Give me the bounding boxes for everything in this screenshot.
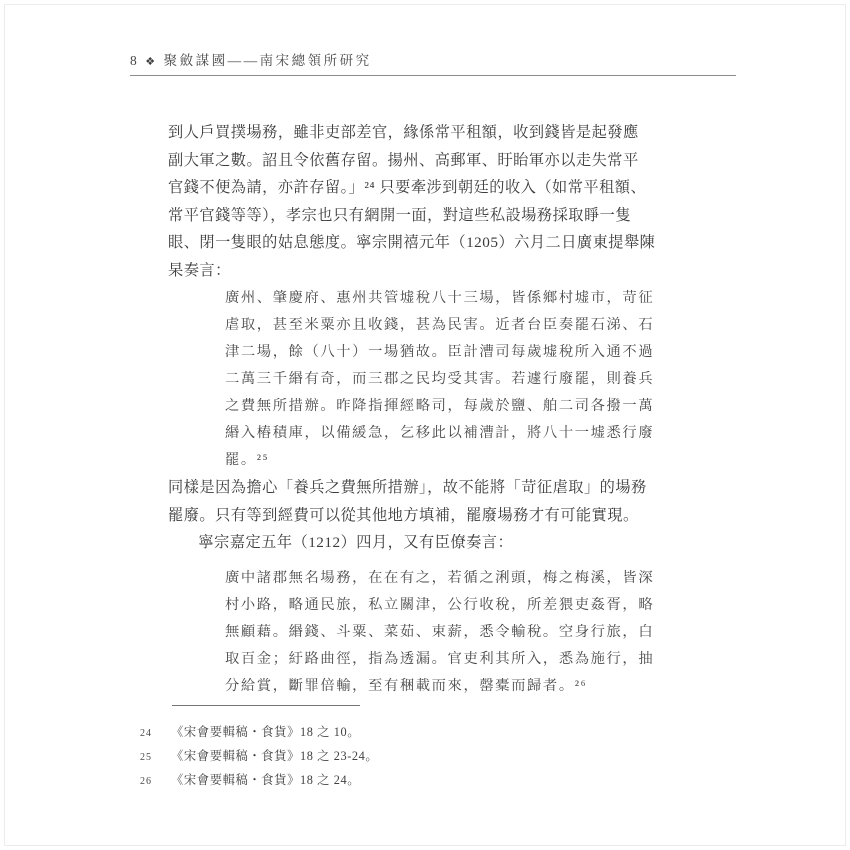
footnote-24: 24 《宋會要輯稿・食貨》18 之 10。: [140, 721, 620, 745]
footnote-26: 26 《宋會要輯稿・食貨》18 之 24。: [140, 769, 620, 793]
paragraph-1: 到人戶買撲場務，雖非吏部差官，緣係常平租額，收到錢皆是起發應 副大軍之數。詔且令…: [168, 119, 692, 284]
diamond-icon: ❖: [145, 56, 157, 68]
page-number: 8: [130, 53, 139, 68]
block-quote-1: 廣州、肇慶府、惠州共管墟稅八十三場，皆係鄉村墟市，苛征 虐取，甚至米粟亦且收錢，…: [225, 285, 682, 474]
book-title: 聚斂謀國——南宋總領所研究: [164, 53, 372, 68]
footnote-text: 《宋會要輯稿・食貨》18 之 10。: [171, 721, 360, 743]
footnote-separator-rule: [172, 705, 360, 706]
footnote-text: 《宋會要輯稿・食貨》18 之 23-24。: [171, 745, 378, 767]
book-page: 8❖聚斂謀國——南宋總領所研究 到人戶買撲場務，雖非吏部差官，緣係常平租額，收到…: [0, 0, 850, 850]
footnote-number: 24: [140, 721, 171, 745]
footnote-text: 《宋會要輯稿・食貨》18 之 24。: [171, 769, 360, 791]
footnote-number: 26: [140, 769, 171, 793]
main-text-block: 到人戶買撲場務，雖非吏部差官，緣係常平租額，收到錢皆是起發應 副大軍之數。詔且令…: [168, 119, 692, 700]
footnotes-section: 24 《宋會要輯稿・食貨》18 之 10。 25 《宋會要輯稿・食貨》18 之 …: [140, 721, 620, 793]
paragraph-2: 同樣是因為擔心「養兵之費無所措辦」，故不能將「苛征虐取」的場務 罷廢。只有等到經…: [168, 474, 692, 529]
block-quote-2: 廣中諸郡無名場務，在在有之，若循之浰頭，梅之梅溪，皆深 村小路，略通民旅，私立關…: [225, 565, 682, 700]
footnote-number: 25: [140, 745, 171, 769]
footnote-25: 25 《宋會要輯稿・食貨》18 之 23-24。: [140, 745, 620, 769]
paragraph-3: 寧宗嘉定五年（1212）四月，又有臣僚奏言：: [168, 529, 692, 557]
header-rule: [130, 75, 736, 76]
running-head: 8❖聚斂謀國——南宋總領所研究: [130, 49, 372, 69]
